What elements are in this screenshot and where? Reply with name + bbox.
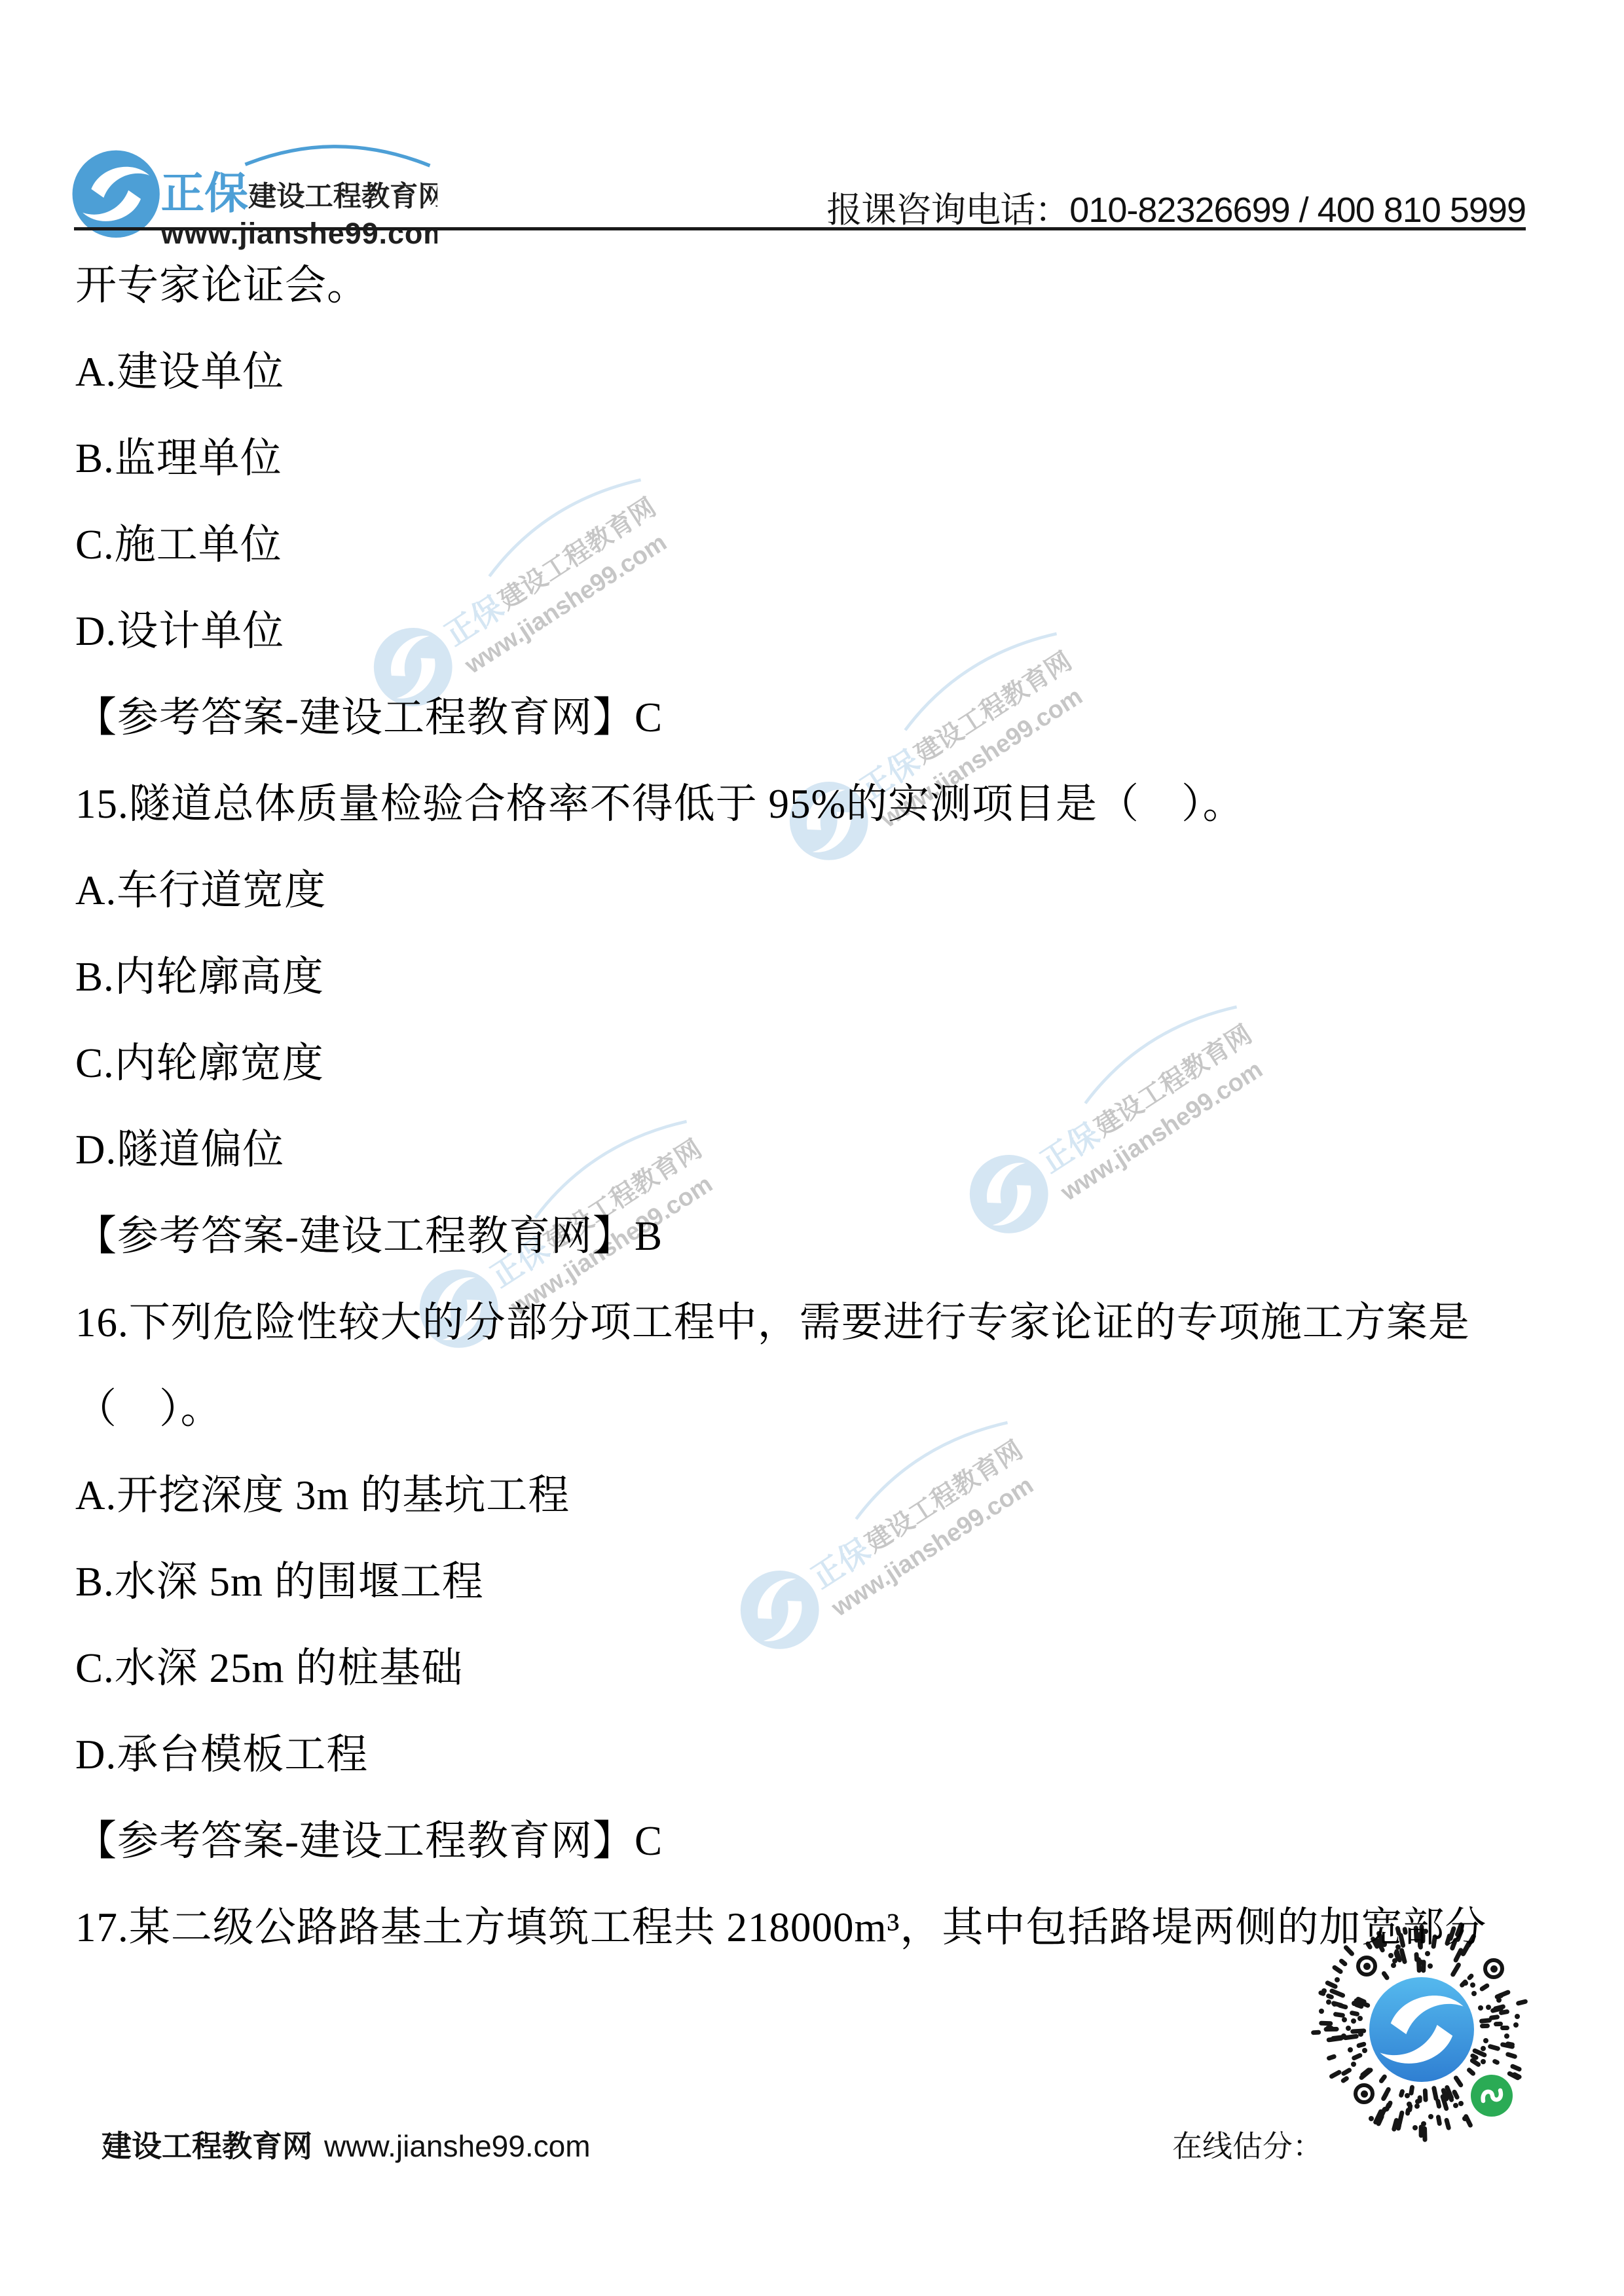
qr-module [1415,2099,1420,2104]
option-line: D.承台模板工程 [75,1734,368,1776]
qr-module [1356,2041,1367,2049]
option-line: A.开挖深度 3m 的基坑工程 [75,1475,570,1516]
logo-mark-icon [73,151,160,238]
qr-module [1479,2018,1492,2024]
qr-module [1444,2118,1452,2131]
watermark-arc-icon [481,465,640,578]
watermark-graphic: 正保建设工程教育网www.jianshe99.com [760,605,1105,881]
watermark-suffix: 建设工程教育网 [860,1435,1027,1558]
watermark: 正保建设工程教育网www.jianshe99.com [710,1394,1057,1673]
qr-module [1423,2088,1428,2103]
qr-module [1342,2017,1347,2022]
qr-module [1392,1958,1397,1963]
qr-module [1418,1959,1424,1965]
qr-module [1351,2018,1356,2024]
qr-module [1486,2005,1491,2010]
watermark-graphic: 正保建设工程教育网www.jianshe99.com [940,978,1285,1254]
watermark: 正保建设工程教育网www.jianshe99.com [344,451,690,731]
qr-module [1419,2125,1424,2138]
footer-site: 建设工程教育网www.jianshe99.com [101,2123,591,2166]
qr-module [1338,1958,1348,1967]
logo-brand-suffix: 建设工程教育网 [248,181,437,212]
qr-module [1414,2104,1420,2109]
qr-miniprogram-icon [1469,2073,1514,2118]
watermark-graphic: 正保建设工程教育网www.jianshe99.com [344,451,689,727]
qr-module [1351,2062,1356,2067]
qr-module [1479,1983,1490,1993]
footer-score-label: 在线估分： [1172,2123,1323,2166]
header-divider [74,227,1526,230]
qr-module [1500,2026,1509,2030]
answer-line: 【参考答案-建设工程教育网】C [75,1821,663,1862]
qr-module [1409,2085,1414,2095]
qr-module [1340,2075,1350,2084]
qr-module [1319,2009,1324,2014]
qr-module [1337,2003,1348,2010]
qr-module [1324,2027,1339,2032]
qr-module [1453,2103,1458,2108]
option-line: B.水深 5m 的围堰工程 [75,1561,484,1603]
site-logo-graphic: 正保建设工程教育网www.jianshe99.com [71,124,437,255]
option-line: D.隧道偏位 [75,1129,284,1171]
logo-arc-icon [245,147,430,166]
site-logo: 正保建设工程教育网www.jianshe99.com [71,124,437,255]
qr-module [1335,1977,1340,1982]
brand-swoosh [970,1156,1048,1231]
qr-module [1397,2110,1405,2126]
qr-module [1325,1993,1335,1999]
stem-line: 15.隧道总体质量检验合格率不得低于 95%的实测项目是（ ）。 [75,784,1244,825]
qr-module [1478,2005,1483,2011]
option-line: D.设计单位 [75,611,284,652]
watermark-logo-icon [955,1140,1063,1248]
watermark-brand: 正保 [1035,1117,1105,1180]
watermark-graphic: 正保建设工程教育网www.jianshe99.com [710,1394,1056,1670]
footer-site-name: 建设工程教育网 [101,2129,312,2163]
watermark-suffix: 建设工程教育网 [1090,1019,1257,1142]
option-line: A.建设单位 [75,352,284,393]
option-line: B.内轮廓高度 [75,957,324,998]
qr-module [1391,1963,1396,1968]
qr-module [1357,2016,1363,2021]
qr-module [1428,1963,1433,1969]
qr-module [1407,2103,1413,2111]
qr-module [1435,2115,1442,2126]
qr-module [1480,2023,1490,2028]
watermark-suffix: 建设工程教育网 [910,646,1077,769]
qr-module [1405,2093,1410,2098]
qr-eye-icon [1356,1956,1377,1977]
qr-code [1312,1928,1531,2147]
stem-line: 16.下列危险性较大的分部分项工程中，需要进行专家论证的专项施工方案是 [75,1302,1470,1343]
qr-module [1331,1965,1343,1975]
qr-module [1481,2059,1486,2064]
qr-module [1362,2048,1367,2053]
qr-module [1505,2051,1518,2059]
watermark-suffix: 建设工程教育网 [494,492,661,615]
option-line: C.水深 25m 的桩基础 [75,1648,463,1689]
brand-swoosh [374,629,452,704]
qr-module [1504,2033,1509,2039]
qr-module [1513,2022,1519,2028]
qr-module [1483,2038,1488,2043]
qr-module [1515,2014,1520,2019]
watermark-arc-icon [1077,993,1236,1105]
watermark-website: www.jianshe99.com [826,1472,1039,1623]
qr-module [1311,2030,1321,2035]
qr-module [1428,2114,1433,2119]
qr-module [1492,2058,1500,2066]
qr-module [1425,1951,1430,1956]
stem-line: 开专家论证会。 [75,265,369,306]
qr-module [1388,1953,1393,1958]
qr-eye-icon [1354,2083,1375,2104]
watermark-arc-icon [526,1107,686,1220]
watermark-logo-icon [726,1556,834,1664]
qr-center-logo-icon [1368,1976,1475,2083]
footer-site-url: www.jianshe99.com [324,2129,591,2163]
watermark-brand: 正保 [439,590,509,653]
watermark-website: www.jianshe99.com [460,529,672,680]
stem-line: （ ）。 [75,1389,223,1430]
stem-line: 17.某二级公路路基土方填筑工程共 218000m³，其中包括路堤两侧的加宽部分 [75,1907,1486,1948]
watermark-website: www.jianshe99.com [1056,1056,1268,1207]
qr-eye-icon [1483,1958,1504,1979]
option-line: B.监理单位 [75,438,282,479]
answer-line: 【参考答案-建设工程教育网】B [75,1216,663,1257]
qr-module [1510,2064,1523,2073]
watermark-arc-icon [896,619,1056,732]
watermark-arc-icon [847,1408,1007,1521]
answer-line: 【参考答案-建设工程教育网】C [75,697,663,738]
logo-website: www.jianshe99.com [160,217,437,250]
qr-module [1358,2032,1363,2037]
option-line: A.车行道宽度 [75,870,326,911]
qr-module [1494,1989,1511,1999]
exam-document-page: 正保建设工程教育网www.jianshe99.com 报课咨询电话：010-82… [0,0,1624,2296]
watermark-brand: 正保 [805,1533,876,1595]
watermark: 正保建设工程教育网www.jianshe99.com [760,605,1106,884]
option-line: C.施工单位 [75,524,282,566]
qr-module [1458,2101,1464,2106]
qr-module [1329,2069,1342,2080]
qr-module [1516,1999,1529,2006]
qr-module [1498,2009,1509,2016]
qr-module [1351,2052,1363,2061]
watermark: 正保建设工程教育网www.jianshe99.com [940,978,1286,1258]
option-line: C.内轮廓宽度 [75,1043,324,1084]
qr-module [1327,2054,1337,2061]
qr-module [1348,2047,1353,2052]
brand-swoosh [741,1572,819,1647]
qr-module [1488,2044,1501,2052]
qr-module [1398,2088,1405,2098]
qr-module [1412,2125,1418,2130]
qr-module [1481,2046,1486,2051]
phone-info: 报课咨询电话：010-82326699 / 400 810 5999 [826,182,1526,232]
logo-brand-text: 正保 [161,170,249,218]
